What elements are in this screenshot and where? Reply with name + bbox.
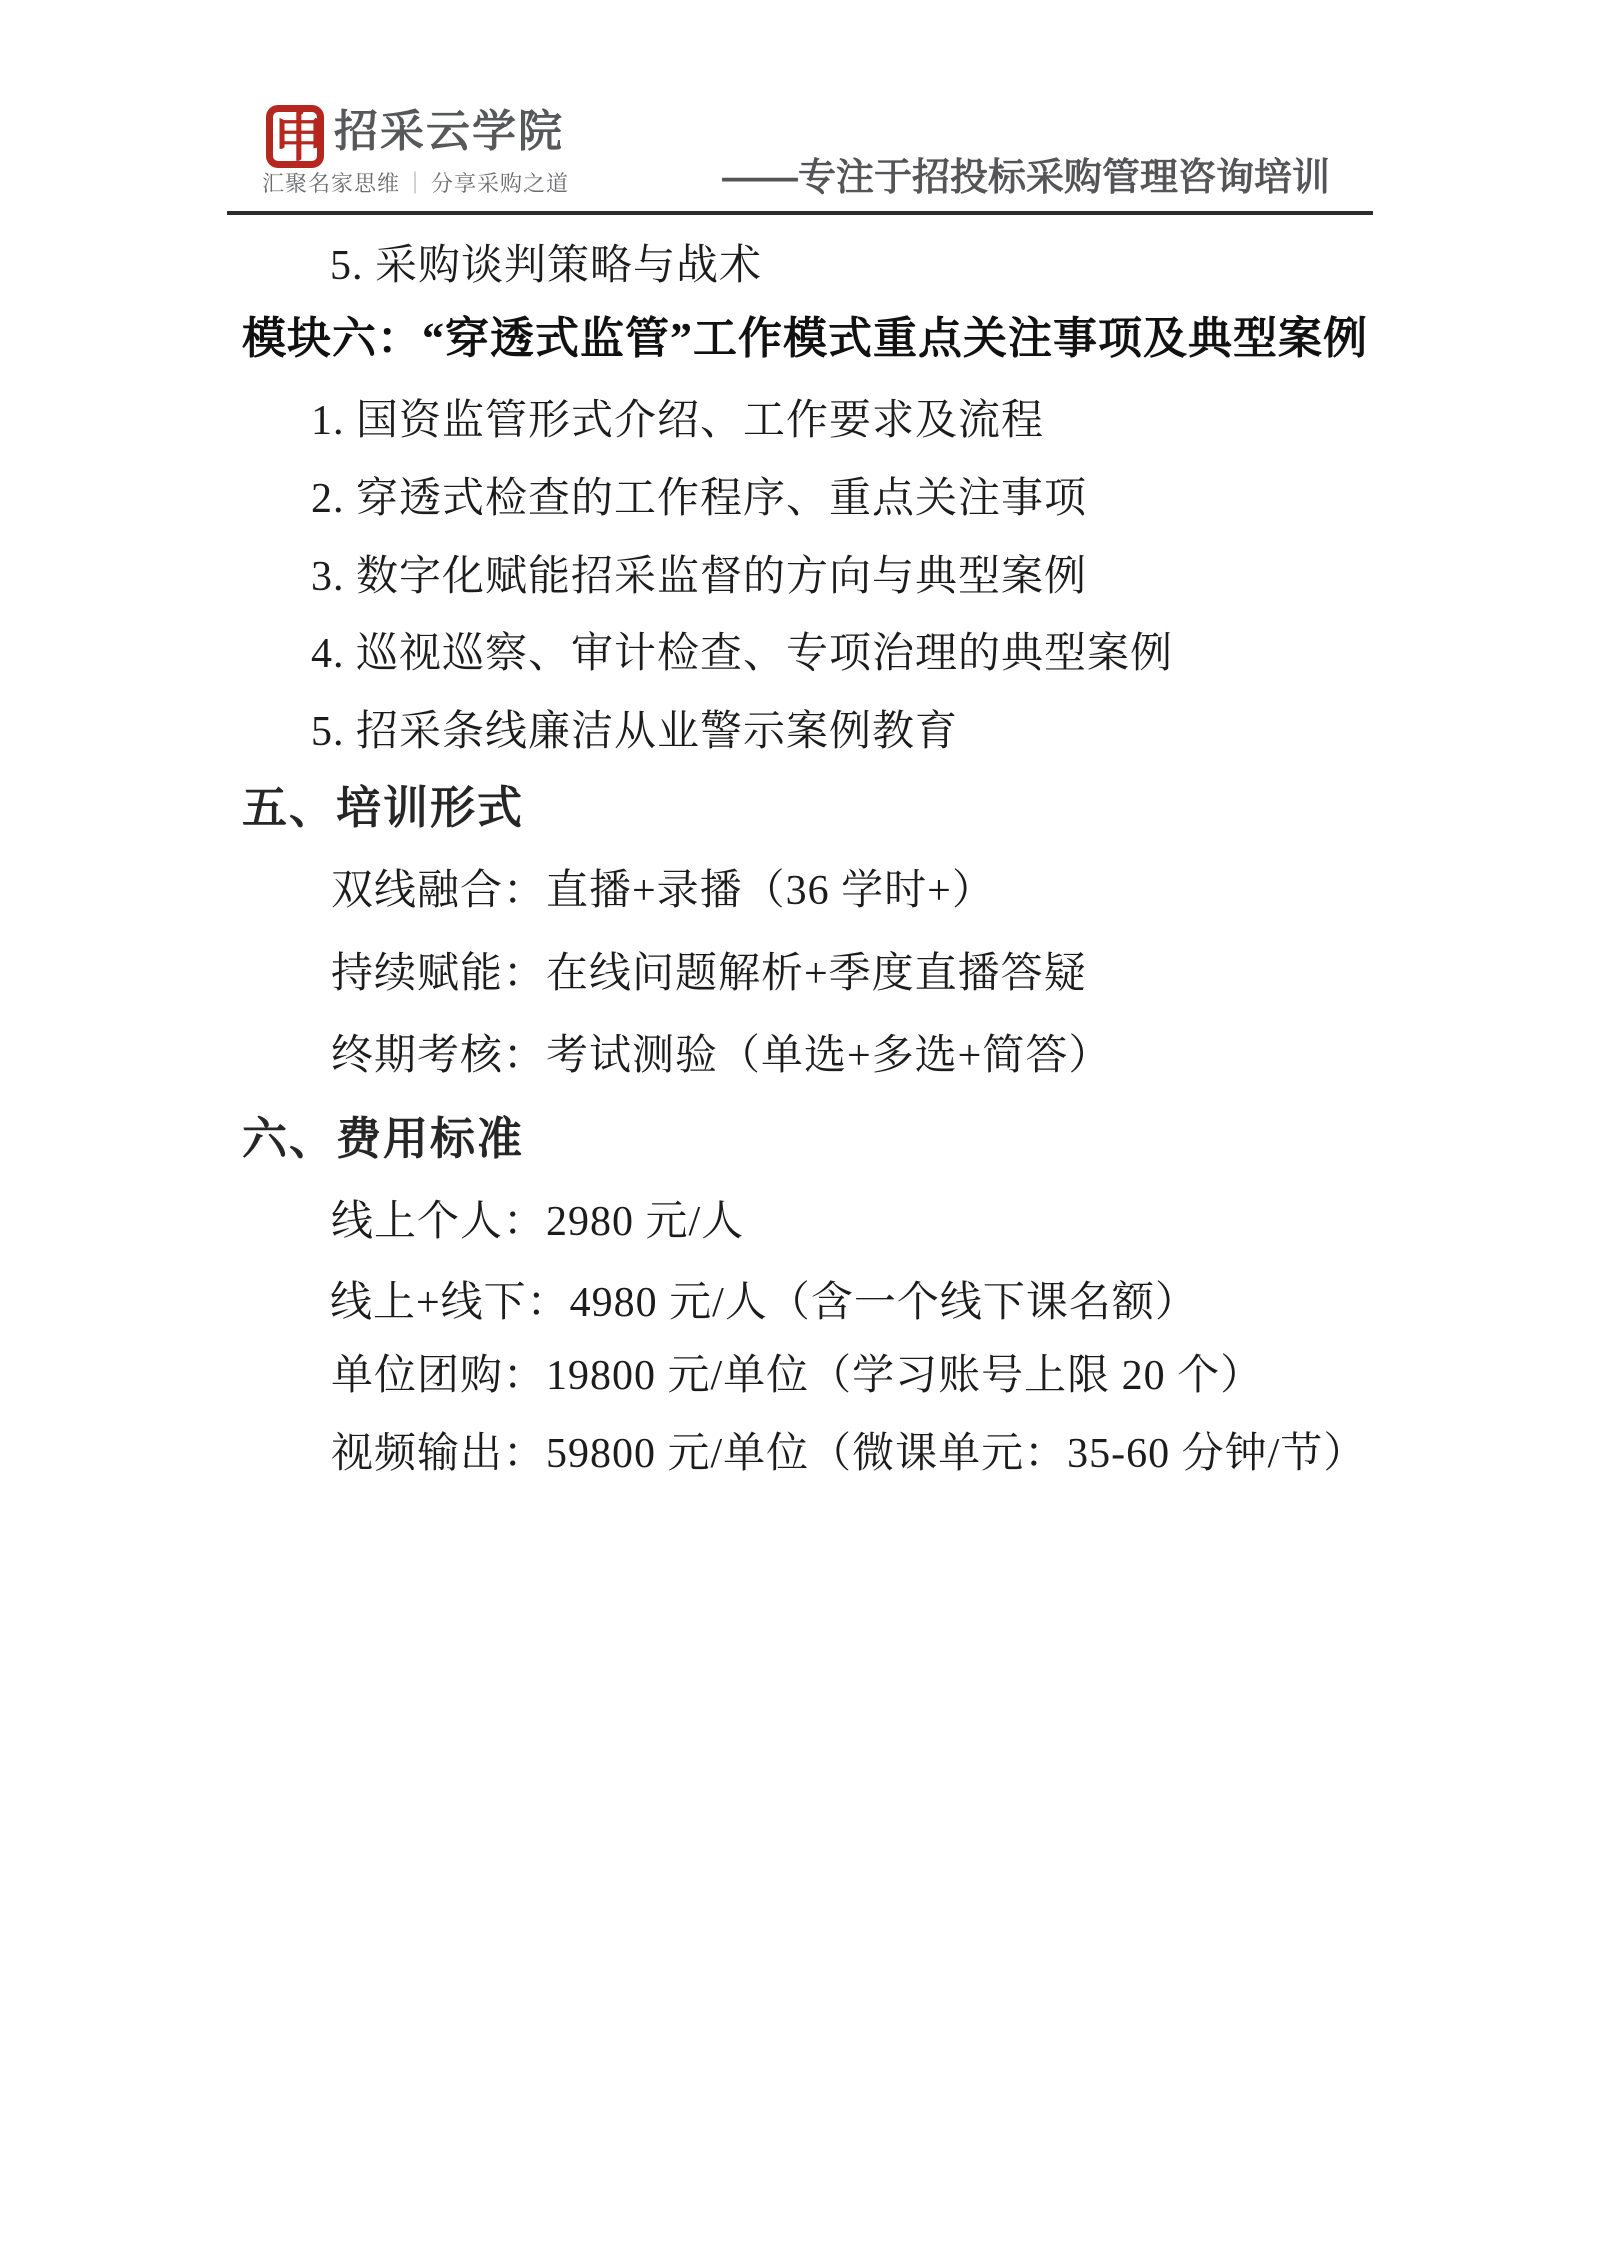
section-heading: 五、培训形式 bbox=[242, 785, 524, 831]
section-heading: 六、费用标准 bbox=[242, 1116, 524, 1162]
detail-line: 双线融合：直播+录播（36 学时+） bbox=[331, 868, 995, 914]
header-divider bbox=[227, 211, 1373, 215]
price-line: 视频输出：59800 元/单位（微课单元：35-60 分钟/节） bbox=[331, 1431, 1366, 1477]
detail-line: 持续赋能：在线问题解析+季度直播答疑 bbox=[331, 951, 1087, 997]
brand-seal-icon: 申 bbox=[266, 105, 324, 168]
outline-item: 2. 穿透式检查的工作程序、重点关注事项 bbox=[311, 476, 1087, 522]
price-line: 单位团购：19800 元/单位（学习账号上限 20 个） bbox=[331, 1353, 1263, 1399]
tagline-left: 汇聚名家思维 bbox=[262, 171, 400, 196]
header-slogan: ——专注于招投标采购管理咨询培训 bbox=[722, 157, 1330, 199]
outline-item: 3. 数字化赋能招采监督的方向与典型案例 bbox=[311, 554, 1087, 600]
module-heading: 模块六：“穿透式监管”工作模式重点关注事项及典型案例 bbox=[242, 316, 1368, 362]
price-line: 线上个人：2980 元/人 bbox=[331, 1199, 744, 1245]
tagline-right: 分享采购之道 bbox=[431, 171, 569, 196]
seal-character: 申 bbox=[273, 107, 317, 173]
outline-item: 1. 国资监管形式介绍、工作要求及流程 bbox=[311, 398, 1044, 444]
outline-item: 4. 巡视巡察、审计检查、专项治理的典型案例 bbox=[311, 631, 1173, 677]
outline-item: 5. 采购谈判策略与战术 bbox=[330, 243, 762, 289]
detail-line: 终期考核：考试测验（单选+多选+简答） bbox=[331, 1033, 1111, 1079]
outline-item: 5. 招采条线廉洁从业警示案例教育 bbox=[311, 709, 958, 755]
brand-name: 招采云学院 bbox=[334, 108, 564, 156]
price-line: 线上+线下：4980 元/人（含一个线下课名额） bbox=[330, 1280, 1198, 1326]
tagline-divider-icon: ｜ bbox=[400, 171, 431, 196]
brand-tagline: 汇聚名家思维｜分享采购之道 bbox=[262, 171, 569, 197]
document-page: 申 招采云学院 汇聚名家思维｜分享采购之道 ——专注于招投标采购管理咨询培训 5… bbox=[0, 0, 1599, 2261]
